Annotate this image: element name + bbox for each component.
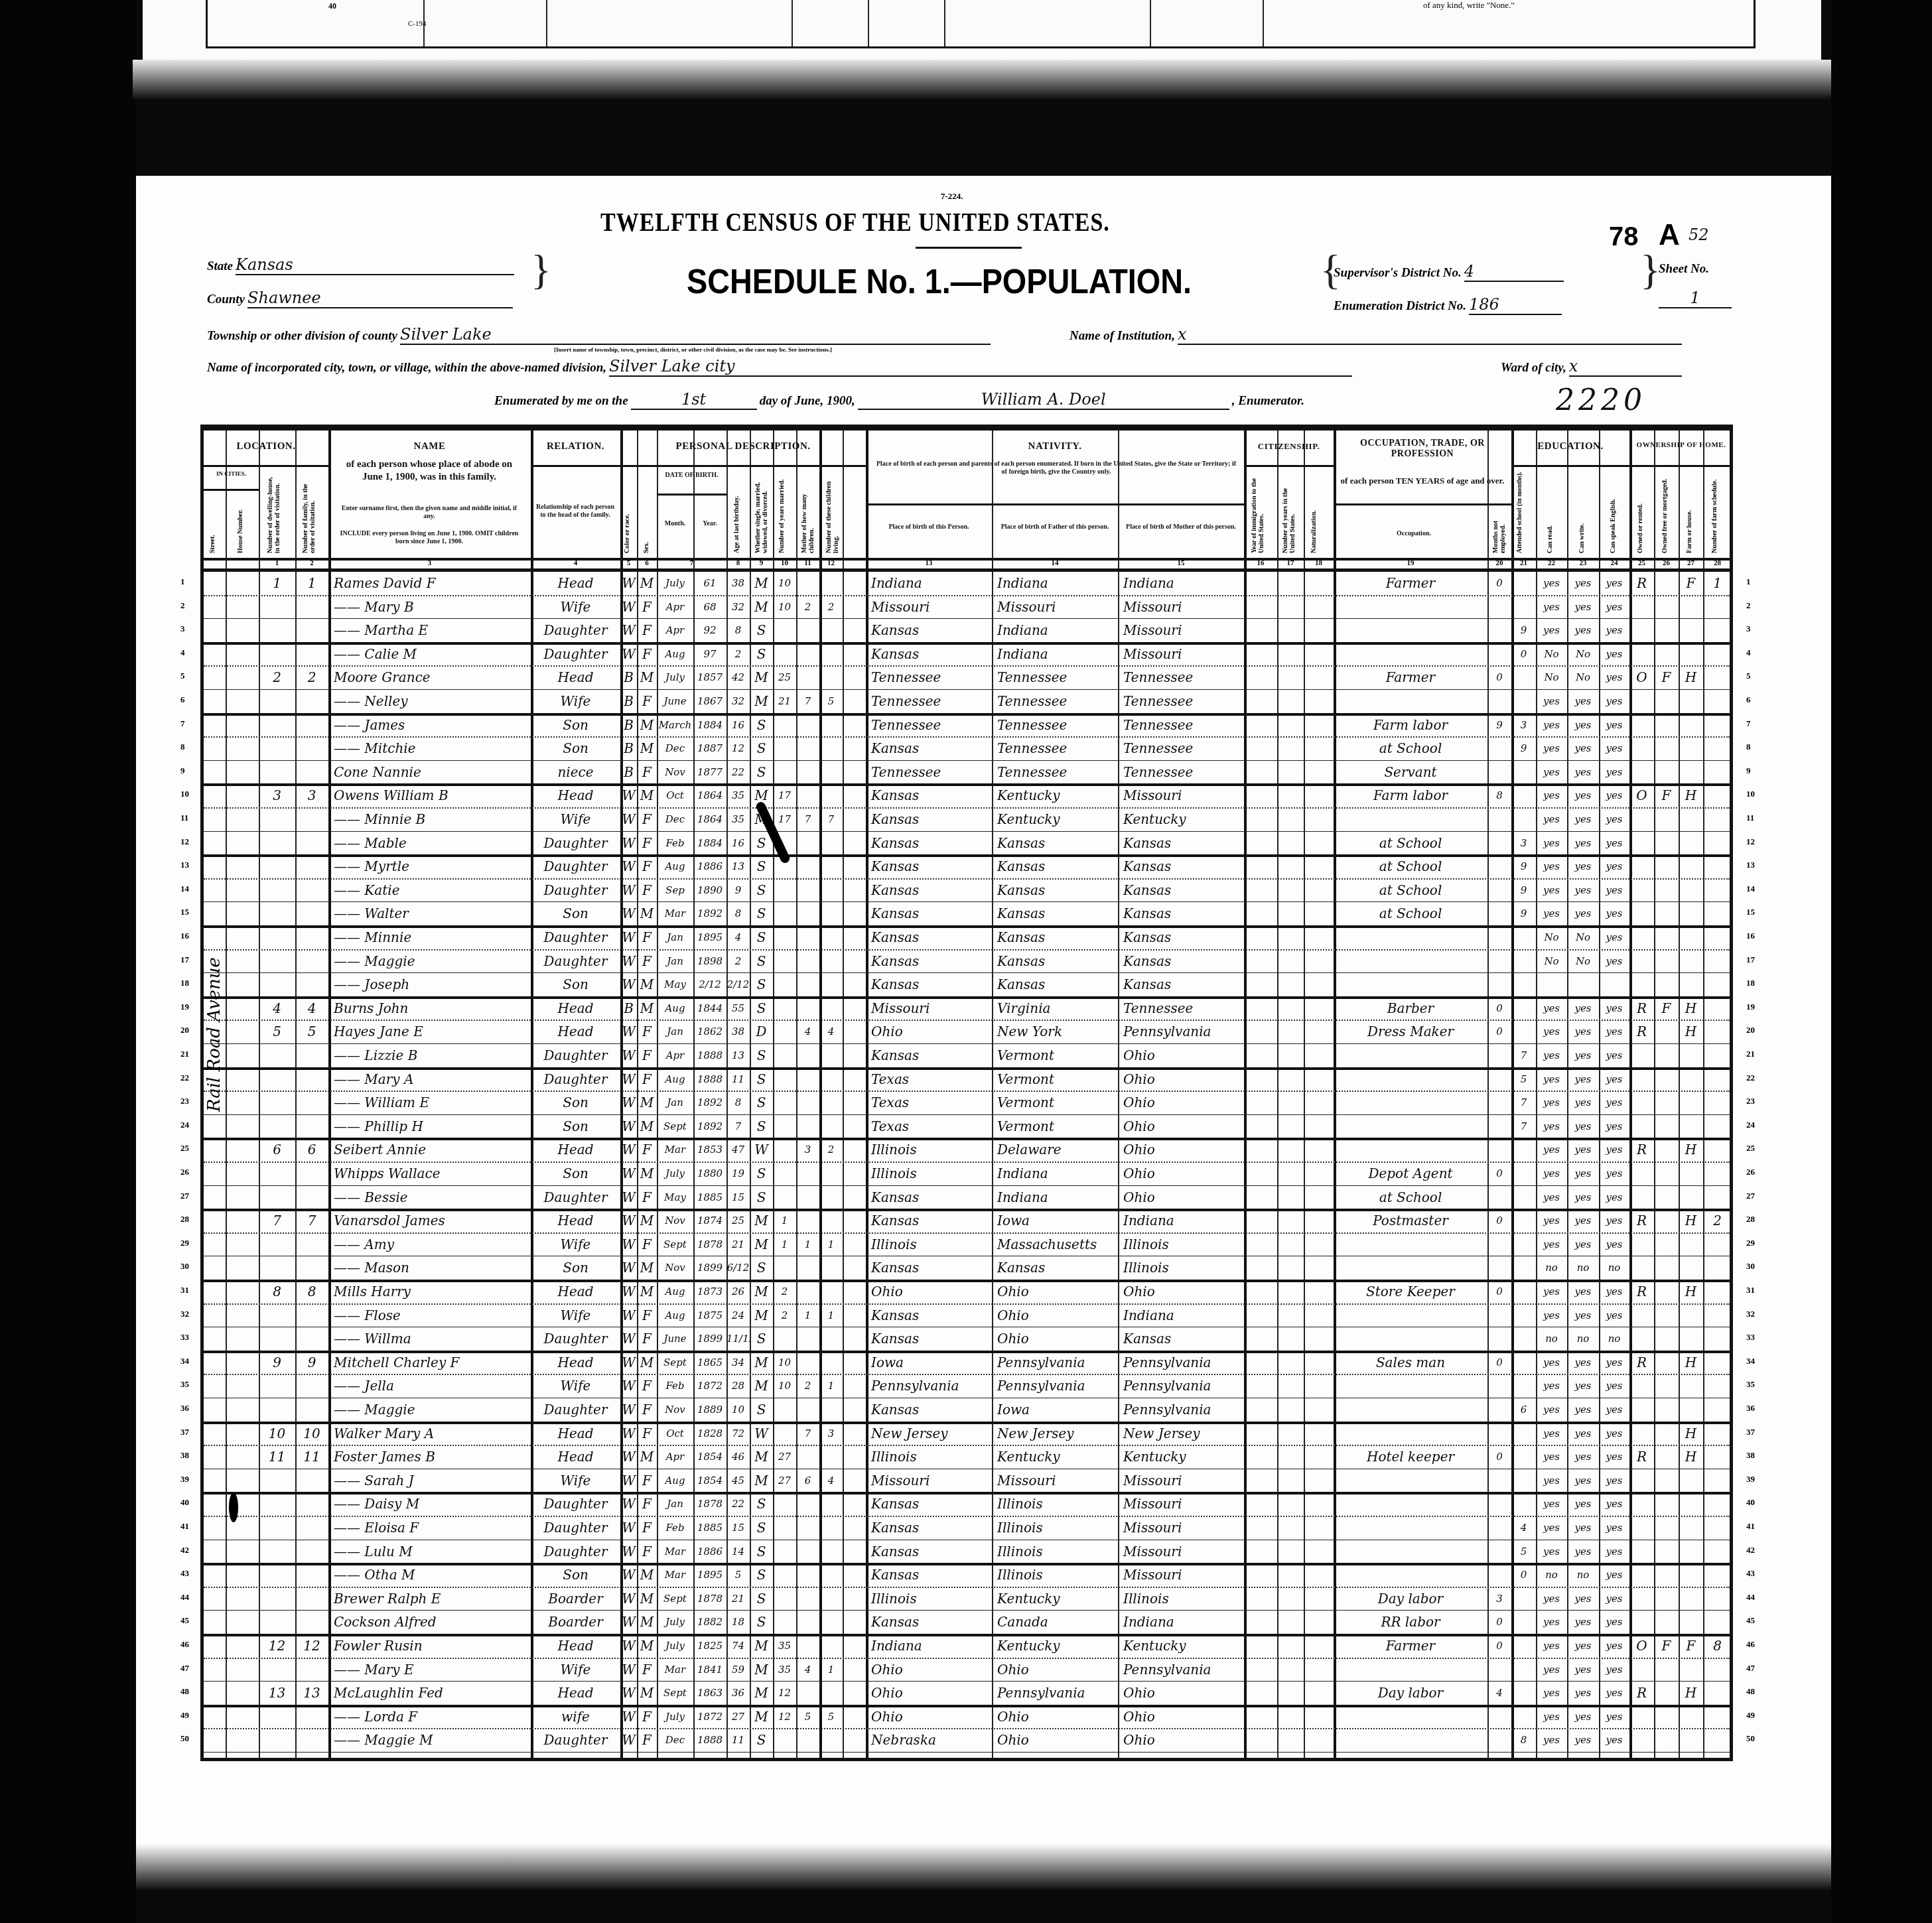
row-number: 9 [180,765,185,776]
color-race: W [620,1234,637,1255]
free-mortgaged [1654,691,1679,712]
relation: Wife [531,691,620,712]
owned-rented [1629,620,1654,641]
color-race: W [620,974,637,995]
birth-year: 1895 [693,1564,726,1585]
row-number: 6 [1746,695,1751,705]
children-living [819,1729,843,1751]
farm-schedule-number [1703,1659,1732,1680]
sex: M [637,1116,657,1137]
sex: F [637,856,657,877]
sex: F [637,643,657,665]
township-value: Silver Lake [400,325,991,345]
birthplace-mother: Missouri [1119,1470,1247,1491]
can-write: yes [1567,1163,1599,1184]
marital-status: S [750,714,773,736]
colnum-28: 28 [1703,559,1732,567]
birth-month: Sep [657,880,693,901]
age: 16 [726,832,750,854]
owned-rented: R [1629,1021,1654,1042]
marital-status: M [750,1352,773,1373]
farm-schedule-number [1703,1021,1732,1042]
relation: Wife [531,1375,620,1396]
row-number: 34 [1746,1356,1755,1366]
mother-of-children [796,856,819,877]
row-number: 30 [180,1261,189,1272]
relation: Head [531,1446,620,1467]
birthplace-father: Indiana [993,620,1121,641]
person-name: —— Daisy M [330,1493,533,1514]
farm-house [1679,1611,1703,1632]
children-living: 3 [819,1423,843,1444]
person-name: Burns John [330,998,533,1019]
color-race: W [620,880,637,901]
years-married [773,1399,796,1420]
children-living [819,1092,843,1113]
months-unemployed [1487,643,1511,665]
free-mortgaged [1654,1423,1679,1444]
children-living: 4 [819,1470,843,1491]
group-location: LOCATION. [204,441,328,452]
can-write: no [1567,1328,1599,1349]
can-speak-english: yes [1599,1541,1629,1562]
months-unemployed [1487,951,1511,972]
birth-year: 1889 [693,1399,726,1420]
row-number: 20 [180,1025,189,1035]
row-number: 5 [180,671,185,681]
can-read: yes [1536,691,1567,712]
farm-schedule-number [1703,1234,1732,1255]
birth-month: Jan [657,951,693,972]
col-naturalization-label: Naturalization. [1310,470,1318,553]
color-race: W [620,903,637,924]
table-row: 3 3 Owens William B Head W M Oct 1864 35… [204,783,1730,809]
years-married [773,880,796,901]
table-row: —— Lulu M Daughter W F Mar 1886 14 S Kan… [204,1540,1730,1566]
farm-schedule-number [1703,809,1732,830]
birthplace-person: Ohio [867,1021,995,1042]
sex: M [637,714,657,736]
farm-schedule-number [1703,1611,1732,1632]
color-race: B [620,667,637,688]
birthplace-person: Ohio [867,1659,995,1680]
table-row: —— Minnie B Wife W F Dec 1864 35 M 17 7 … [204,807,1730,832]
free-mortgaged [1654,1116,1679,1137]
color-race: W [620,620,637,641]
color-race: W [620,572,637,594]
sex: F [637,762,657,783]
birthplace-mother: New Jersey [1119,1423,1247,1444]
color-race: W [620,1328,637,1349]
family-number [295,643,328,665]
table-row: 4 4 Burns John Head B M Aug 1844 55 S Mi… [204,996,1730,1022]
birthplace-mother: Kentucky [1119,1446,1247,1467]
birth-month: May [657,974,693,995]
months-unemployed: 3 [1487,1588,1511,1609]
occupation-note: of each person TEN YEARS of age and over… [1340,476,1505,486]
dwelling-number [259,1399,295,1420]
can-speak-english: yes [1599,762,1629,783]
table-row: —— Walter Son W M Mar 1892 8 S Kansas Ka… [204,901,1730,928]
occupation [1334,1257,1487,1278]
family-number [295,856,328,877]
row-number: 31 [1746,1285,1755,1295]
relation: Head [531,667,620,688]
row-number: 17 [180,955,189,965]
birthplace-person: Kansas [867,1493,995,1514]
years-married: 10 [773,572,796,594]
free-mortgaged [1654,951,1679,972]
row-number: 25 [180,1143,189,1154]
dwelling-number [259,1328,295,1349]
dwelling-number [259,738,295,759]
birthplace-father: Tennessee [993,762,1121,783]
age: 15 [726,1187,750,1208]
months-unemployed [1487,1187,1511,1208]
family-number [295,1187,328,1208]
sex: M [637,903,657,924]
can-write: yes [1567,1423,1599,1444]
owned-rented: R [1629,572,1654,594]
can-write: yes [1567,1399,1599,1420]
row-number: 37 [180,1427,189,1437]
birthplace-father: Indiana [993,1187,1121,1208]
marital-status: M [750,1682,773,1703]
color-race: W [620,1706,637,1727]
years-married: 2 [773,1281,796,1302]
months-unemployed: 0 [1487,572,1511,594]
col-sex-label: Sex. [643,470,650,553]
color-race: W [620,1682,637,1703]
dwelling-number [259,880,295,901]
row-number: 33 [180,1332,189,1343]
dwelling-number: 12 [259,1635,295,1656]
relation: wife [531,1706,620,1727]
sheet-field: Sheet No. 1 [1659,262,1732,308]
table-row: —— Maggie M Daughter W F Dec 1888 11 S N… [204,1728,1730,1753]
occupation: Farm labor [1334,785,1487,806]
colnum-18: 18 [1304,559,1334,567]
mother-of-children [796,903,819,924]
free-mortgaged: F [1654,785,1679,806]
row-number: 41 [180,1521,189,1532]
relation: Daughter [531,1328,620,1349]
free-mortgaged [1654,1493,1679,1514]
age: 34 [726,1352,750,1373]
row-number: 26 [180,1167,189,1177]
birth-month: Aug [657,856,693,877]
farm-schedule-number: 8 [1703,1635,1732,1656]
birthplace-father: Ohio [993,1659,1121,1680]
sex: F [637,1517,657,1538]
person-name: —— Maggie M [330,1729,533,1751]
mother-of-children [796,1399,819,1420]
years-married [773,714,796,736]
birthplace-mother: Kansas [1119,856,1247,877]
sex: F [637,880,657,901]
mother-of-children [796,1352,819,1373]
can-read: yes [1536,1187,1567,1208]
birth-month: July [657,1706,693,1727]
birth-year: 1887 [693,738,726,759]
free-mortgaged [1654,1682,1679,1703]
mother-of-children [796,832,819,854]
can-write: no [1567,1564,1599,1585]
age: 8 [726,903,750,924]
table-row: —— Willma Daughter W F June 1899 11/12 S… [204,1327,1730,1353]
birthplace-father: Illinois [993,1517,1121,1538]
can-speak-english: yes [1599,1493,1629,1514]
occupation [1334,1517,1487,1538]
colnum-24: 24 [1599,559,1629,567]
table-row: —— Sarah J Wife W F Aug 1854 45 M 27 6 4… [204,1469,1730,1495]
can-speak-english: yes [1599,714,1629,736]
birth-year: 1862 [693,1021,726,1042]
color-race: W [620,1399,637,1420]
col-dwelling-label: Number of dwelling-house, in the order o… [267,470,281,553]
relation: Daughter [531,832,620,854]
marital-status: M [750,1305,773,1326]
ward-label: Ward of city, [1501,361,1566,375]
family-number: 7 [295,1210,328,1231]
birthplace-father: Kentucky [993,809,1121,830]
can-read: yes [1536,596,1567,618]
dwelling-number [259,1045,295,1066]
owned-rented [1629,1541,1654,1562]
family-number [295,1541,328,1562]
can-write: yes [1567,1635,1599,1656]
col-english-label: Can speak English. [1610,470,1617,553]
farm-schedule-number [1703,974,1732,995]
birthplace-father: Indiana [993,643,1121,665]
relation: Daughter [531,856,620,877]
sheet-bottom-edge [136,1844,1831,1890]
relation: Daughter [531,1069,620,1090]
mother-of-children [796,738,819,759]
owned-rented: O [1629,785,1654,806]
row-number: 47 [1746,1663,1755,1674]
dwelling-number: 7 [259,1210,295,1231]
months-unemployed [1487,1069,1511,1090]
dwelling-number [259,1470,295,1491]
birth-month: Aug [657,1281,693,1302]
row-number: 22 [1746,1073,1755,1083]
sex: F [637,1305,657,1326]
can-write: No [1567,667,1599,688]
occupation: Day labor [1334,1588,1487,1609]
date-of-birth-label: DATE OF BIRTH. [657,472,726,479]
months-unemployed: 0 [1487,1352,1511,1373]
group-in-cities: IN CITIES. [204,470,259,477]
birthplace-mother: Missouri [1119,785,1247,806]
farm-house [1679,1234,1703,1255]
can-read: yes [1536,1281,1567,1302]
city-label: Name of incorporated city, town, or vill… [207,361,606,375]
birth-month: Nov [657,1257,693,1278]
family-number [295,1564,328,1585]
dwelling-number [259,1611,295,1632]
can-write: No [1567,927,1599,948]
age: 2 [726,951,750,972]
school-months [1511,667,1536,688]
row-number: 43 [1746,1568,1755,1579]
dwelling-number [259,1092,295,1113]
row-number: 48 [1746,1686,1755,1697]
dwelling-number [259,762,295,783]
farm-schedule-number: 1 [1703,572,1732,594]
person-name: —— Willma [330,1328,533,1349]
dwelling-number [259,1706,295,1727]
birthplace-person: Kansas [867,832,995,854]
relation: Son [531,1257,620,1278]
age: 22 [726,762,750,783]
farm-house [1679,1305,1703,1326]
col-months-unemployed-label: Months not employed. [1492,510,1507,553]
owned-rented [1629,1470,1654,1491]
months-unemployed [1487,1423,1511,1444]
prev-page-grid [206,0,1756,48]
mother-of-children [796,667,819,688]
can-read: yes [1536,1588,1567,1609]
farm-schedule-number [1703,951,1732,972]
birth-year: 1899 [693,1257,726,1278]
row-number: 28 [1746,1214,1755,1225]
occupation: Farm labor [1334,714,1487,736]
birthplace-father: Ohio [993,1281,1121,1302]
row-number: 41 [1746,1521,1755,1532]
can-read: yes [1536,1659,1567,1680]
family-number [295,1375,328,1396]
row-number: 24 [1746,1120,1755,1130]
children-living [819,1352,843,1373]
years-married: 21 [773,691,796,712]
farm-schedule-number [1703,1682,1732,1703]
birthplace-mother: Indiana [1119,1611,1247,1632]
table-row: —— James Son B M March 1884 16 S Tenness… [204,713,1730,738]
children-living [819,951,843,972]
mother-of-children [796,1564,819,1585]
can-read: no [1536,1328,1567,1349]
family-number [295,1045,328,1066]
row-number: 46 [1746,1639,1755,1650]
years-married: 1 [773,1234,796,1255]
birth-year: 1873 [693,1281,726,1302]
birthplace-person: Ohio [867,1682,995,1703]
free-mortgaged [1654,1564,1679,1585]
farm-schedule-number [1703,714,1732,736]
birthplace-person: Kansas [867,1611,995,1632]
person-name: Owens William B [330,785,533,806]
years-married: 35 [773,1635,796,1656]
birth-month: Aug [657,998,693,1019]
months-unemployed [1487,1564,1511,1585]
can-speak-english: yes [1599,1305,1629,1326]
birthplace-father: Ohio [993,1305,1121,1326]
row-number: 11 [180,813,188,823]
color-race: W [620,1139,637,1160]
row-number: 48 [180,1686,189,1697]
can-read: yes [1536,1045,1567,1066]
mother-of-children: 1 [796,1305,819,1326]
relation: Wife [531,1234,620,1255]
years-married [773,1729,796,1751]
children-living [819,903,843,924]
person-name: —— Maggie [330,1399,533,1420]
dwelling-number: 13 [259,1682,295,1703]
children-living [819,1446,843,1467]
farm-schedule-number [1703,1517,1732,1538]
birthplace-mother: Kansas [1119,832,1247,854]
col-marital-label: Whether single, married, widowed, or div… [754,470,769,553]
can-write: yes [1567,1446,1599,1467]
birth-year: 1825 [693,1635,726,1656]
months-unemployed [1487,1493,1511,1514]
birth-year: 1874 [693,1210,726,1231]
person-name: —— Maggie [330,951,533,972]
relation: Boarder [531,1588,620,1609]
farm-house: H [1679,998,1703,1019]
dwelling-number [259,1305,295,1326]
occupation [1334,1541,1487,1562]
mother-of-children: 3 [796,1139,819,1160]
age: 13 [726,1045,750,1066]
months-unemployed [1487,809,1511,830]
person-name: —— Mary A [330,1069,533,1090]
owned-rented [1629,1257,1654,1278]
mother-of-children [796,1446,819,1467]
person-name: —— Martha E [330,620,533,641]
birthplace-person: Kansas [867,643,995,665]
table-row: —— Martha E Daughter W F Apr 92 8 S Kans… [204,618,1730,645]
marital-status: S [750,951,773,972]
school-months [1511,1305,1536,1326]
county-field: County Shawnee [207,289,532,308]
birthplace-mother: Ohio [1119,1069,1247,1090]
farm-house [1679,1069,1703,1090]
county-label: County [207,293,245,306]
family-number [295,1611,328,1632]
dwelling-number: 3 [259,785,295,806]
birth-year: 1884 [693,714,726,736]
age: 5 [726,1564,750,1585]
table-row: —— Mason Son W M Nov 1899 6/12 S Kansas … [204,1256,1730,1282]
birth-year: 1892 [693,1116,726,1137]
dwelling-number: 4 [259,998,295,1019]
farm-house [1679,832,1703,854]
free-mortgaged: F [1654,667,1679,688]
ward-field: Ward of city, x [1501,357,1682,377]
birthplace-father: Illinois [993,1564,1121,1585]
county-value: Shawnee [247,289,513,308]
dwelling-number [259,1116,295,1137]
sheet-label: Sheet No. [1659,262,1732,277]
row-number: 1 [1746,576,1751,587]
can-speak-english: yes [1599,1163,1629,1184]
birth-year: 1885 [693,1187,726,1208]
months-unemployed [1487,1729,1511,1751]
table-row: —— Maggie Daughter W F Jan 1898 2 S Kans… [204,949,1730,974]
sex: M [637,572,657,594]
months-unemployed [1487,1399,1511,1420]
can-read: yes [1536,1541,1567,1562]
owned-rented [1629,1588,1654,1609]
name-note-2: Enter surname first, then the given name… [336,505,522,521]
farm-house: H [1679,1423,1703,1444]
row-number: 25 [1746,1143,1755,1154]
marital-status: S [750,738,773,759]
family-number [295,1163,328,1184]
can-write: yes [1567,762,1599,783]
